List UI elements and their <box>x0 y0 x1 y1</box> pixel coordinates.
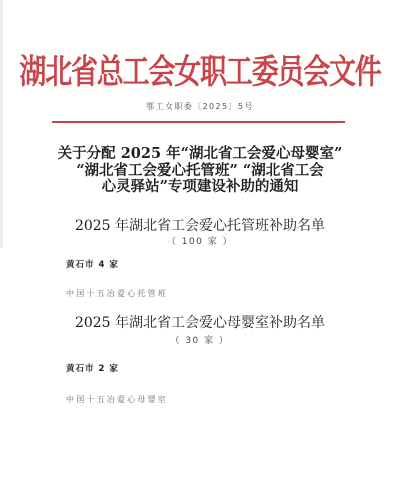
masthead-divider <box>52 121 345 123</box>
list-count-daycare: （ 100 家 ） <box>0 234 400 247</box>
city-heading-huangshi: 黄石市 4 家 <box>66 258 119 270</box>
notice-title-line: 关于分配 2025 年“湖北省工会爱心母婴室” <box>0 146 400 163</box>
document-page: 湖北省总工会女职工委员会文件 鄂工女职委〔2025〕5号 关于分配 2025 年… <box>0 0 400 500</box>
page-edge <box>0 0 3 248</box>
city-heading-huangshi: 黄石市 2 家 <box>66 362 119 374</box>
list-title-daycare: 2025 年湖北省工会爱心托管班补助名单 <box>0 215 400 235</box>
document-masthead: 湖北省总工会女职工委员会文件 <box>0 44 400 93</box>
list-title-nursing-room: 2025 年湖北省工会爱心母婴室补助名单 <box>0 312 400 332</box>
document-number: 鄂工女职委〔2025〕5号 <box>0 101 400 112</box>
list-count-nursing-room: （ 30 家 ） <box>0 333 400 346</box>
list-entry: 中国十五冶爱心母婴室 <box>66 394 168 405</box>
list-entry: 中国十五冶爱心托管班 <box>66 288 168 299</box>
notice-title: 关于分配 2025 年“湖北省工会爱心母婴室” “湖北省工会爱心托管班” “湖北… <box>0 146 400 196</box>
notice-title-line: “湖北省工会爱心托管班” “湖北省工会 <box>0 163 400 180</box>
notice-title-line: 心灵驿站”专项建设补助的通知 <box>0 179 400 196</box>
